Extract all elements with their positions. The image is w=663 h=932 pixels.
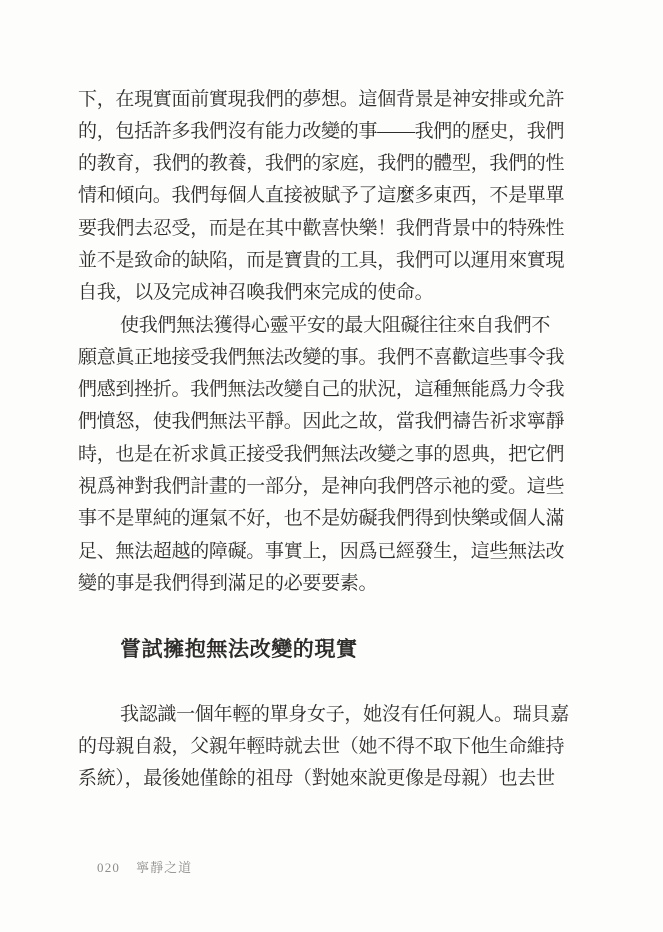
body-line: 系統），最後她僅餘的祖母（對她來說更像是母親）也去世 bbox=[78, 763, 578, 795]
body-line: 願意眞正地接受我們無法改變的事。我們不喜歡這些事令我 bbox=[78, 342, 578, 374]
body-line: 足、無法超越的障礙。事實上，因爲已經發生，這些無法改 bbox=[78, 536, 578, 568]
body-line: 情和傾向。我們每個人直接被賦予了這麼多東西，不是單單 bbox=[78, 180, 578, 212]
body-line: 變的事是我們得到滿足的必要要素。 bbox=[78, 568, 578, 600]
body-line: 的教育，我們的教養，我們的家庭，我們的體型，我們的性 bbox=[78, 148, 578, 180]
paragraph-3: 我認識一個年輕的單身女子，她沒有任何親人。瑞貝嘉 的母親自殺，父親年輕時就去世（… bbox=[78, 699, 578, 796]
body-line: 們感到挫折。我們無法改變自己的狀況，這種無能爲力令我 bbox=[78, 374, 578, 406]
body-line: 使我們無法獲得心靈平安的最大阻礙往往來自我們不 bbox=[78, 310, 578, 342]
body-line: 們憤怒，使我們無法平靜。因此之故，當我們禱告祈求寧靜 bbox=[78, 406, 578, 438]
book-title: 寧靜之道 bbox=[136, 860, 192, 875]
body-line: 的，包括許多我們沒有能力改變的事——我們的歷史，我們 bbox=[78, 116, 578, 148]
body-line: 要我們去忍受，而是在其中歡喜快樂！我們背景中的特殊性 bbox=[78, 213, 578, 245]
page-footer: 020寧靜之道 bbox=[97, 857, 192, 876]
paragraph-2: 使我們無法獲得心靈平安的最大阻礙往往來自我們不 願意眞正地接受我們無法改變的事。… bbox=[78, 310, 578, 601]
body-line: 下，在現實面前實現我們的夢想。這個背景是神安排或允許 bbox=[78, 84, 578, 116]
body-line: 的母親自殺，父親年輕時就去世（她不得不取下他生命維持 bbox=[78, 731, 578, 763]
body-line: 視爲神對我們計畫的一部分，是神向我們啓示祂的愛。這些 bbox=[78, 471, 578, 503]
paragraph-1: 下，在現實面前實現我們的夢想。這個背景是神安排或允許 的，包括許多我們沒有能力改… bbox=[78, 84, 578, 310]
section-heading: 嘗試擁抱無法改變的現實 bbox=[120, 633, 358, 663]
book-page: 下，在現實面前實現我們的夢想。這個背景是神安排或允許 的，包括許多我們沒有能力改… bbox=[0, 0, 663, 932]
main-text-block: 下，在現實面前實現我們的夢想。這個背景是神安排或允許 的，包括許多我們沒有能力改… bbox=[78, 84, 578, 601]
body-line: 自我，以及完成神召喚我們來完成的使命。 bbox=[78, 277, 578, 309]
body-line: 事不是單純的運氣不好，也不是妨礙我們得到快樂或個人滿 bbox=[78, 503, 578, 535]
body-line: 時，也是在祈求眞正接受我們無法改變之事的恩典，把它們 bbox=[78, 439, 578, 471]
page-number: 020 bbox=[97, 860, 120, 875]
body-line: 我認識一個年輕的單身女子，她沒有任何親人。瑞貝嘉 bbox=[78, 699, 578, 731]
body-line: 並不是致命的缺陷，而是寶貴的工具，我們可以運用來實現 bbox=[78, 245, 578, 277]
